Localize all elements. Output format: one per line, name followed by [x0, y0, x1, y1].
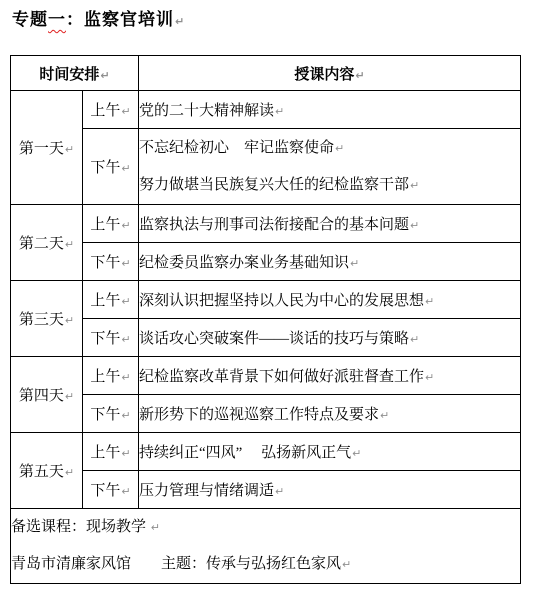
course-line: 努力做堪当民族复兴大任的纪检监察干部↵ [139, 167, 520, 204]
course-line: 监察执法与刑事司法衔接配合的基本问题↵ [139, 213, 520, 234]
paragraph-mark: ↵ [121, 485, 130, 498]
day-label: 第三天 [19, 312, 64, 328]
time-cell-am: 上午↵ [83, 281, 139, 319]
time-cell-pm: 下午↵ [83, 243, 139, 281]
paragraph-mark: ↵ [100, 69, 109, 82]
optional-course-line: 备选课程：现场教学 ↵ [11, 509, 520, 546]
table-row: 下午↵ 新形势下的巡视巡察工作特点及要求↵ [11, 395, 521, 433]
day-cell-1: 第一天↵ [11, 91, 83, 205]
time-cell-am: 上午↵ [83, 357, 139, 395]
course-line: 纪检委员监察办案业务基础知识↵ [139, 251, 520, 272]
paragraph-mark: ↵ [65, 238, 74, 251]
time-cell-pm: 下午↵ [83, 471, 139, 509]
paragraph-mark: ↵ [275, 105, 284, 118]
course-cell: 纪检委员监察办案业务基础知识↵ [139, 243, 521, 281]
paragraph-mark: ↵ [121, 257, 130, 270]
paragraph-mark: ↵ [121, 371, 130, 384]
training-schedule-table: 时间安排↵ 授课内容↵ 第一天↵ 上午↵ 党的二十大精神解读↵ 下午↵ 不忘纪检… [10, 55, 521, 584]
table-row: 下午↵ 纪检委员监察办案业务基础知识↵ [11, 243, 521, 281]
course-line: 新形势下的巡视巡察工作特点及要求↵ [139, 403, 520, 424]
paragraph-mark: ↵ [335, 142, 344, 155]
venue-theme-line: 青岛市清廉家风馆 主题：传承与弘扬红色家风↵ [11, 546, 520, 583]
am-label: 上午 [90, 369, 120, 385]
day-label: 第四天 [19, 388, 64, 404]
time-cell-am: 上午↵ [83, 433, 139, 471]
paragraph-mark: ↵ [65, 466, 74, 479]
day-cell-3: 第三天↵ [11, 281, 83, 357]
pm-label: 下午 [90, 331, 120, 347]
title-text-prefix: 专题 [12, 10, 48, 29]
course-cell: 不忘纪检初心 牢记监察使命↵ 努力做堪当民族复兴大任的纪检监察干部↵ [139, 129, 521, 205]
paragraph-mark: ↵ [121, 409, 130, 422]
paragraph-mark: ↵ [151, 521, 160, 534]
time-cell-pm: 下午↵ [83, 395, 139, 433]
day-cell-4: 第四天↵ [11, 357, 83, 433]
day-label: 第五天 [19, 464, 64, 480]
pm-label: 下午 [90, 255, 120, 271]
course-cell: 深刻认识把握坚持以人民为中心的发展思想↵ [139, 281, 521, 319]
course-cell: 新形势下的巡视巡察工作特点及要求↵ [139, 395, 521, 433]
paragraph-mark: ↵ [121, 295, 130, 308]
title-spellcheck-word: 一 [48, 10, 66, 29]
am-label: 上午 [90, 217, 120, 233]
table-row: 第一天↵ 上午↵ 党的二十大精神解读↵ [11, 91, 521, 129]
title-text-suffix: ：监察官培训 [66, 10, 174, 29]
am-label: 上午 [90, 103, 120, 119]
course-line: 深刻认识把握坚持以人民为中心的发展思想↵ [139, 289, 520, 310]
pm-label: 下午 [90, 160, 120, 176]
paragraph-mark: ↵ [425, 295, 434, 308]
paragraph-mark: ↵ [121, 105, 130, 118]
course-cell: 纪检监察改革背景下如何做好派驻督查工作↵ [139, 357, 521, 395]
course-line: 持续纠正“四风” 弘扬新风正气↵ [139, 441, 520, 462]
header-cell-time-plan: 时间安排↵ [11, 56, 139, 91]
day-label: 第二天 [19, 236, 64, 252]
paragraph-mark: ↵ [410, 333, 419, 346]
time-cell-am: 上午↵ [83, 91, 139, 129]
paragraph-mark: ↵ [175, 15, 185, 28]
pm-label: 下午 [90, 483, 120, 499]
header-cell-course-content: 授课内容↵ [139, 56, 521, 91]
paragraph-mark: ↵ [352, 447, 361, 460]
day-cell-5: 第五天↵ [11, 433, 83, 509]
paragraph-mark: ↵ [121, 162, 130, 175]
course-line: 谈话攻心突破案件——谈话的技巧与策略↵ [139, 327, 520, 348]
paragraph-mark: ↵ [65, 143, 74, 156]
course-line: 党的二十大精神解读↵ [139, 99, 520, 120]
paragraph-mark: ↵ [350, 257, 359, 270]
table-row: 第二天↵ 上午↵ 监察执法与刑事司法衔接配合的基本问题↵ [11, 205, 521, 243]
paragraph-mark: ↵ [65, 390, 74, 403]
table-row: 下午↵ 不忘纪检初心 牢记监察使命↵ 努力做堪当民族复兴大任的纪检监察干部↵ [11, 129, 521, 205]
paragraph-mark: ↵ [425, 371, 434, 384]
am-label: 上午 [90, 445, 120, 461]
time-cell-am: 上午↵ [83, 205, 139, 243]
course-cell: 压力管理与情绪调适↵ [139, 471, 521, 509]
paragraph-mark: ↵ [380, 409, 389, 422]
course-cell: 持续纠正“四风” 弘扬新风正气↵ [139, 433, 521, 471]
course-cell: 谈话攻心突破案件——谈话的技巧与策略↵ [139, 319, 521, 357]
table-row: 下午↵ 谈话攻心突破案件——谈话的技巧与策略↵ [11, 319, 521, 357]
course-line: 不忘纪检初心 牢记监察使命↵ [139, 130, 520, 167]
paragraph-mark: ↵ [342, 558, 351, 571]
table-row: 第五天↵ 上午↵ 持续纠正“四风” 弘扬新风正气↵ [11, 433, 521, 471]
day-cell-2: 第二天↵ [11, 205, 83, 281]
day-label: 第一天 [19, 141, 64, 157]
paragraph-mark: ↵ [121, 219, 130, 232]
paragraph-mark: ↵ [121, 333, 130, 346]
paragraph-mark: ↵ [65, 314, 74, 327]
paragraph-mark: ↵ [121, 447, 130, 460]
paragraph-mark: ↵ [275, 485, 284, 498]
course-cell: 党的二十大精神解读↵ [139, 91, 521, 129]
course-line: 压力管理与情绪调适↵ [139, 479, 520, 500]
paragraph-mark: ↵ [355, 69, 364, 82]
table-row: 第三天↵ 上午↵ 深刻认识把握坚持以人民为中心的发展思想↵ [11, 281, 521, 319]
table-row: 第四天↵ 上午↵ 纪检监察改革背景下如何做好派驻督查工作↵ [11, 357, 521, 395]
paragraph-mark: ↵ [410, 219, 419, 232]
time-cell-pm: 下午↵ [83, 319, 139, 357]
time-cell-pm: 下午↵ [83, 129, 139, 205]
table-header-row: 时间安排↵ 授课内容↵ [11, 56, 521, 91]
course-cell: 监察执法与刑事司法衔接配合的基本问题↵ [139, 205, 521, 243]
header-content-label: 授课内容 [294, 67, 354, 83]
table-footer-row: 备选课程：现场教学 ↵ 青岛市清廉家风馆 主题：传承与弘扬红色家风↵ [11, 509, 521, 584]
header-time-label: 时间安排 [39, 67, 99, 83]
table-row: 下午↵ 压力管理与情绪调适↵ [11, 471, 521, 509]
footer-cell: 备选课程：现场教学 ↵ 青岛市清廉家风馆 主题：传承与弘扬红色家风↵ [11, 509, 521, 584]
am-label: 上午 [90, 293, 120, 309]
paragraph-mark: ↵ [410, 179, 419, 192]
pm-label: 下午 [90, 407, 120, 423]
page-title: 专题一：监察官培训↵ [12, 5, 185, 30]
course-line: 纪检监察改革背景下如何做好派驻督查工作↵ [139, 365, 520, 386]
